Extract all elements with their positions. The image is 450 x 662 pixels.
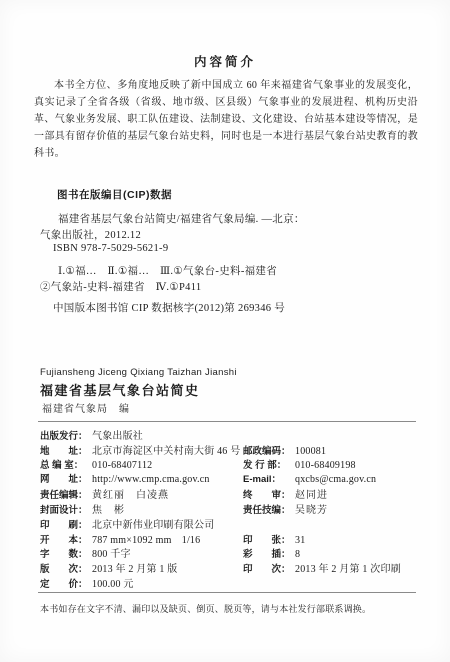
- field-value: 800 千字: [92, 545, 243, 560]
- publication-row: 定 价： 100.00 元: [40, 575, 417, 590]
- field-label: 定 价：: [40, 576, 92, 590]
- intro-paragraph: 本书全方位、多角度地反映了新中国成立 60 年来福建省气象事业的发展变化，真实记…: [34, 77, 418, 162]
- field-label: 总 编 室：: [40, 457, 92, 471]
- intro-title: 内容简介: [0, 52, 450, 70]
- field-value: 787 mm×1092 mm 1/16: [92, 531, 243, 546]
- publication-row: 字 数： 800 千字 彩 插： 8: [40, 545, 417, 560]
- publication-row: 网 址： http://www.cmp.cma.gov.cn E-mail： q…: [40, 471, 417, 486]
- publication-row: 版 次： 2013 年 2 月第 1 版 印 次： 2013 年 2 月第 1 …: [40, 560, 417, 575]
- field-value: 8: [295, 549, 417, 560]
- field-label: 印 次：: [243, 561, 295, 575]
- field-value: 气象出版社: [92, 427, 243, 442]
- publication-row: 总 编 室： 010-68407112 发 行 部： 010-68409198: [40, 457, 417, 472]
- publication-row: 出版发行： 气象出版社: [40, 427, 417, 442]
- cip-registry-number: 中国版本图书馆 CIP 数据核字(2012)第 269346 号: [53, 300, 285, 315]
- publication-info: 出版发行： 气象出版社 地 址： 北京市海淀区中关村南大街 46 号 邮政编码：…: [40, 427, 417, 590]
- field-label: 印 刷：: [40, 517, 92, 531]
- divider-top: [38, 421, 416, 422]
- field-value: 100.00 元: [92, 575, 243, 590]
- field-label: 字 数：: [40, 546, 92, 560]
- field-label: 发 行 部：: [243, 457, 295, 471]
- field-value: 010-68409198: [295, 460, 417, 471]
- field-value: 北京中新伟业印刷有限公司: [92, 516, 243, 531]
- field-label: 责任编辑：: [40, 487, 92, 501]
- errata-note: 本书如存在文字不清、漏印以及缺页、倒页、脱页等，请与本社发行部联系调换。: [40, 602, 417, 615]
- field-value: 31: [295, 535, 417, 546]
- field-label: 彩 插：: [243, 546, 295, 560]
- field-value: 焦 彬: [92, 501, 243, 516]
- book-title-pinyin: Fujiansheng Jiceng Qixiang Taizhan Jians…: [40, 367, 237, 378]
- book-title: 福建省基层气象台站简史: [40, 380, 200, 399]
- field-label: 开 本：: [40, 532, 92, 546]
- field-value: 010-68407112: [92, 460, 243, 471]
- cip-isbn: ISBN 978-7-5029-5621-9: [53, 243, 168, 254]
- field-label: 网 址：: [40, 471, 92, 485]
- divider-bottom: [38, 592, 416, 593]
- field-label: 封面设计：: [40, 502, 92, 516]
- field-label: 印 张：: [243, 532, 295, 546]
- email-address: qxcbs@cma.gov.cn: [295, 474, 417, 485]
- field-label: 出版发行：: [40, 428, 92, 442]
- field-value: 吴晓芳: [295, 501, 417, 516]
- field-label: 终 审：: [243, 487, 295, 501]
- copyright-page: 内容简介 本书全方位、多角度地反映了新中国成立 60 年来福建省气象事业的发展变…: [0, 0, 450, 662]
- publication-row: 开 本： 787 mm×1092 mm 1/16 印 张： 31: [40, 531, 417, 546]
- field-label: 地 址：: [40, 443, 92, 457]
- field-label: 邮政编码：: [243, 443, 295, 457]
- website-url: http://www.cmp.cma.gov.cn: [92, 474, 243, 485]
- cip-entry-line-2: 气象出版社，2012.12: [40, 227, 141, 242]
- publication-row: 责任编辑： 黄红丽 白凌燕 终 审： 赵同进: [40, 486, 417, 501]
- cip-entry-line-1: 福建省基层气象台站简史/福建省气象局编. —北京：: [58, 211, 305, 226]
- field-value: 黄红丽 白凌燕: [92, 486, 243, 501]
- field-label: 版 次：: [40, 561, 92, 575]
- field-value: 赵同进: [295, 486, 417, 501]
- book-editor: 福建省气象局 编: [42, 400, 130, 415]
- field-label: 责任技编：: [243, 502, 295, 516]
- field-value: 100081: [295, 446, 417, 457]
- publication-row: 印 刷： 北京中新伟业印刷有限公司: [40, 516, 417, 531]
- field-value: 2013 年 2 月第 1 版: [92, 560, 243, 575]
- field-value: 2013 年 2 月第 1 次印刷: [295, 560, 417, 575]
- field-value: 北京市海淀区中关村南大街 46 号: [92, 442, 243, 457]
- cip-classification-line-2: ②气象站-史料-福建省 Ⅳ.①P411: [40, 279, 201, 294]
- cip-header: 图书在版编目(CIP)数据: [57, 187, 172, 202]
- field-label: E-mail：: [243, 471, 295, 485]
- publication-row: 封面设计： 焦 彬 责任技编： 吴晓芳: [40, 501, 417, 516]
- publication-row: 地 址： 北京市海淀区中关村南大街 46 号 邮政编码： 100081: [40, 442, 417, 457]
- cip-classification-line-1: Ⅰ.①福… Ⅱ.①福… Ⅲ.①气象台-史料-福建省: [58, 263, 277, 278]
